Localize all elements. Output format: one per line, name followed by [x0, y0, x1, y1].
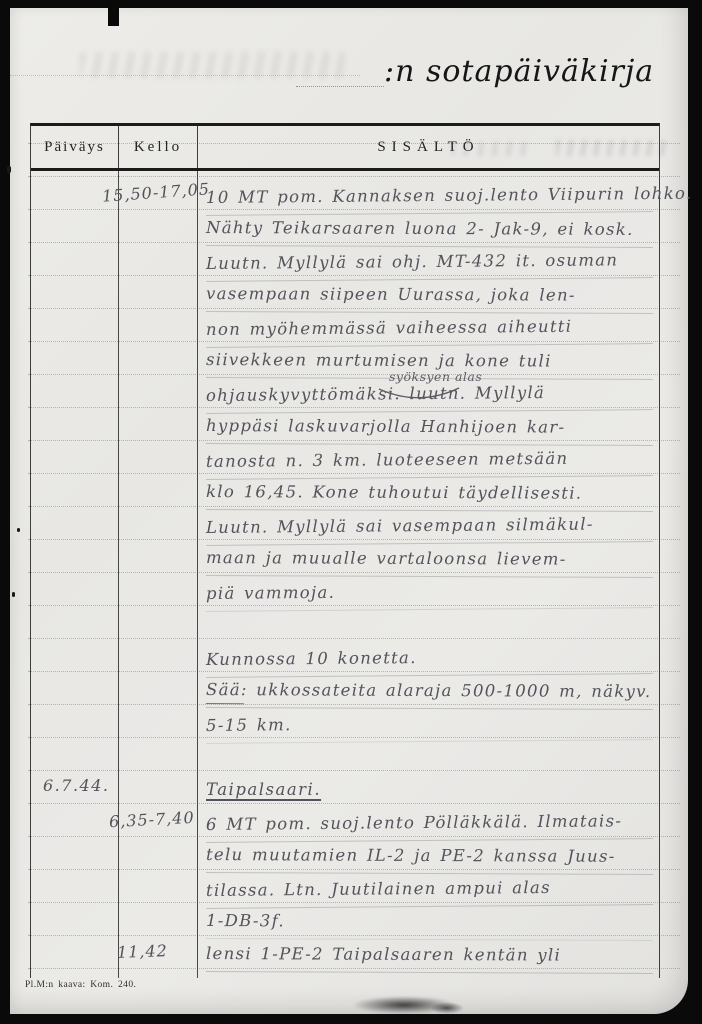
page-title: :n sotapäiväkirja [384, 54, 654, 89]
diary-line: non myöhemmässä vaiheessa aiheutti [206, 310, 653, 348]
diary-line: tanosta n. 3 km. luoteeseen metsään [206, 442, 653, 480]
diary-line: maan ja muualle vartaloonsa lievem- [206, 542, 653, 578]
time-entry: 11,42 [117, 941, 168, 962]
form-number: Pl.M:n kaava: Kom. 240. [25, 980, 136, 990]
diary-line: hyppäsi laskuvarjolla Hanhijoen kar- [206, 410, 653, 446]
scan-speck [12, 592, 15, 597]
date-entry: 6.7.44. [43, 776, 109, 795]
diary-line: piä vammoja. [206, 574, 653, 612]
scanned-diary-page: :n sotapäiväkirja Päiväys Kello SISÄLTÖ … [0, 0, 702, 1024]
diary-line: vasempaan siipeen Uurassa, joka len- [206, 278, 653, 314]
paper-sheet: :n sotapäiväkirja Päiväys Kello SISÄLTÖ … [10, 8, 688, 1014]
scan-speck [7, 166, 11, 173]
column-divider-1 [118, 171, 119, 978]
diary-line: telu muutamien IL-2 ja PE-2 kanssa Juus- [206, 839, 653, 875]
ink-smudge-small [430, 1002, 464, 1014]
time-entry: 6,35-7,40 [109, 808, 196, 831]
diary-line: Luutn. Myllylä sai ohj. MT-432 it. osuma… [206, 244, 653, 282]
bleedthrough-smudge-top [80, 52, 345, 78]
diary-line: Luutn. Myllylä sai vasempaan silmäkul- [206, 508, 653, 546]
bleedthrough-smudge-header [556, 140, 668, 156]
header-cell-kello: Kello [119, 126, 198, 168]
title-leader-line [296, 86, 384, 87]
diary-table: Päiväys Kello SISÄLTÖ 15,50-17,05 10 MT … [30, 123, 660, 978]
diary-line: 1-DB-3f. [206, 905, 653, 941]
insertion-note: syöksyen alas [389, 369, 482, 384]
diary-line: Nähty Teikarsaaren luona 2- Jak-9, ei ko… [206, 212, 653, 248]
diary-line: lensi 1-PE-2 Taipalsaaren kentän yli [206, 938, 653, 974]
diary-line: tilassa. Ltn. Juutilainen ampui alas [206, 871, 653, 909]
insertion-caret-icon [377, 387, 461, 403]
section-heading: Taipalsaari. [206, 774, 321, 807]
scan-edge-mark [108, 0, 119, 26]
diary-line: 10 MT pom. Kannaksen suoj.lento Viipurin… [206, 178, 653, 216]
header-cell-paivays: Päiväys [31, 126, 119, 168]
bleedthrough-smudge-header-2 [451, 142, 531, 156]
diary-line: klo 16,45. Kone tuhoutui täydellisesti. [206, 476, 653, 512]
diary-line: Kunnossa 10 konetta. [206, 640, 653, 678]
diary-line: 5-15 km. [206, 706, 653, 744]
diary-line: Sää: ukkossateita alaraja 500-1000 m, nä… [206, 674, 653, 710]
scan-speck [17, 528, 20, 532]
diary-line: 6 MT pom. suoj.lento Pölläkkälä. Ilmatai… [206, 805, 653, 843]
column-divider-2 [197, 171, 198, 978]
